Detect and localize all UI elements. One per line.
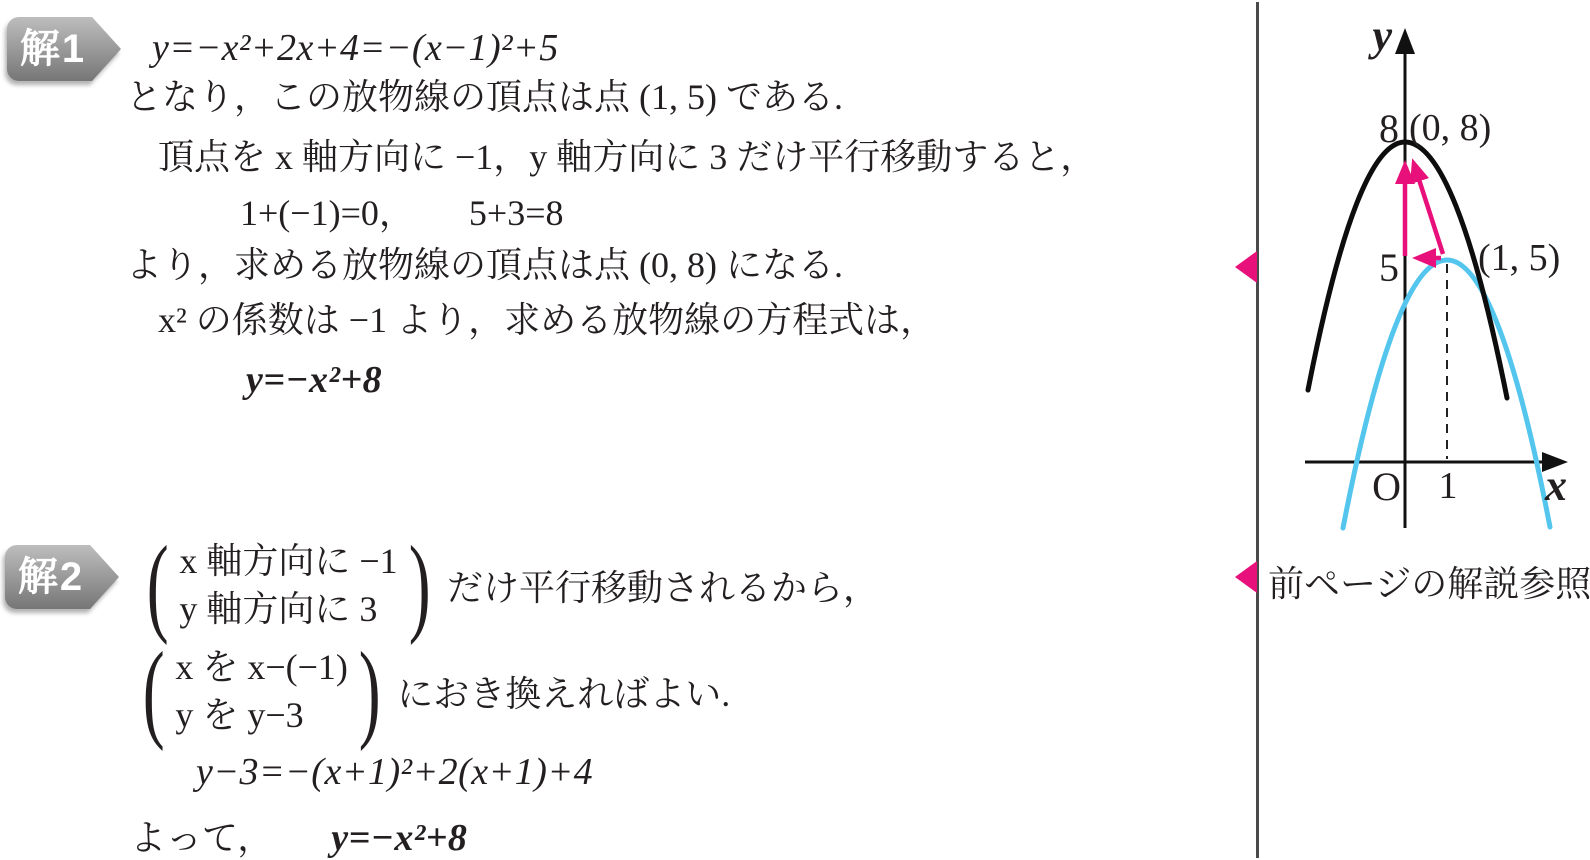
x-tick-1-label: 1 xyxy=(1439,465,1458,507)
solution1-text-line-2: となり，この放物線の頂点は点 (1, 5) である. xyxy=(126,76,843,119)
solution1-calc-line: 1+(−1)=0， 5+3=8 xyxy=(240,192,564,235)
textbook-page: 解1 y=−x²+2x+4=−(x−1)²+5 となり，この放物線の頂点は点 (… xyxy=(0,0,1590,860)
solution1-text-line-6: x² の係数は −1 より，求める放物線の方程式は， xyxy=(158,299,936,342)
x-axis-label: x xyxy=(1544,461,1567,510)
solution2-badge-label: 解2 xyxy=(18,555,84,599)
parabola-translation-graph: y x 8 (0, 8) 5 (1, 5) O 1 xyxy=(1260,0,1590,620)
solution1-text-line-3: 頂点を x 軸方向に −1，y 軸方向に 3 だけ平行移動すると， xyxy=(158,136,1096,179)
vector2-after-text: におき換えればよい. xyxy=(397,666,730,717)
vector2-row-y: y を y−3 xyxy=(175,691,348,739)
right-paren: ) xyxy=(359,636,381,746)
vector2-row-x: x を x−(−1) xyxy=(175,643,348,691)
origin-label: O xyxy=(1372,464,1401,509)
vector1-row-y: y 軸方向に 3 xyxy=(179,585,397,633)
solution1-badge-label: 解1 xyxy=(20,27,86,71)
solution2-equation-line: y−3=−(x+1)²+2(x+1)+4 xyxy=(196,750,593,796)
left-paren: ( xyxy=(147,530,169,640)
solution2-vector-block-2: ( x を x−(−1) y を y−3 ) におき換えればよい. xyxy=(136,638,730,744)
y-axis-label: y xyxy=(1367,11,1392,60)
old-vertex-point-label: (1, 5) xyxy=(1478,237,1560,279)
solution1-text-line-5: より，求める放物線の頂点は点 (0, 8) になる. xyxy=(126,244,843,287)
solution2-vector-block-1: ( x 軸方向に −1 y 軸方向に 3 ) だけ平行移動されるから， xyxy=(140,532,879,638)
solution1-answer-equation: y=−x²+8 xyxy=(246,358,382,404)
left-paren: ( xyxy=(143,636,165,746)
solution1-equation-line: y=−x²+2x+4=−(x−1)²+5 xyxy=(152,26,559,72)
right-paren: ) xyxy=(408,530,430,640)
y-tick-5-label: 5 xyxy=(1379,245,1399,290)
new-vertex-point-label: (0, 8) xyxy=(1409,107,1491,149)
left-triangle-marker-icon xyxy=(1235,561,1257,593)
solution2-badge: 解2 xyxy=(4,544,120,610)
vector1-row-x: x 軸方向に −1 xyxy=(179,537,397,585)
vector1-after-text: だけ平行移動されるから， xyxy=(447,560,879,611)
solution2-answer-prefix: よって， xyxy=(130,810,273,860)
translation-arrow-diagonal xyxy=(1414,164,1443,254)
solution2-answer-equation: y=−x²+8 xyxy=(331,816,467,860)
solution2-answer-line: よって， y=−x²+8 xyxy=(130,810,467,860)
y-tick-8-label: 8 xyxy=(1379,106,1399,151)
left-triangle-marker-icon xyxy=(1235,251,1257,283)
solution1-badge: 解1 xyxy=(6,16,122,82)
margin-separator-line xyxy=(1256,2,1259,858)
